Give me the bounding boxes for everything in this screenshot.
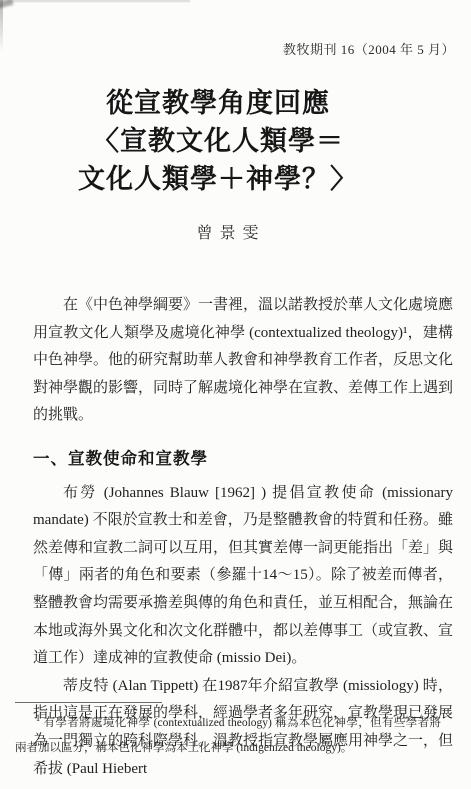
scan-edge-top	[0, 0, 190, 2]
scanned-journal-page: 教牧期刊 16（2004 年 5 月） 從宣教學角度回應 〈宣教文化人類學＝ 文…	[0, 0, 471, 789]
article-title-line-3: 文化人類學＋神學？〉	[0, 160, 436, 198]
scan-edge-left	[0, 0, 3, 52]
article-title: 從宣教學角度回應 〈宣教文化人類學＝ 文化人類學＋神學？〉	[0, 84, 436, 198]
intro-paragraph: 在《中色神學綱要》一書裡，溫以諾教授於華人文化處境應用宣教文化人類學及處境化神學…	[33, 292, 453, 430]
section-heading: 一、宣教使命和宣教學	[33, 445, 453, 473]
footnote-marker: 1	[36, 713, 41, 723]
author-name: 曾景雯	[0, 220, 462, 243]
journal-header: 教牧期刊 16（2004 年 5 月）	[283, 39, 455, 58]
body-paragraph-1: 布勞 (Johannes Blauw [1962] ) 提倡宣教使命 (miss…	[33, 480, 453, 673]
footnote-text: 有學者將處境化神學 (contextualized theology) 稱為本色…	[15, 717, 441, 754]
footnote-separator	[15, 702, 162, 703]
article-title-line-1: 從宣教學角度回應	[0, 84, 436, 122]
article-title-line-2: 〈宣教文化人類學＝	[0, 122, 436, 160]
footnote-block: 1有學者將處境化神學 (contextualized theology) 稱為本…	[15, 702, 441, 761]
footnote-item: 1有學者將處境化神學 (contextualized theology) 稱為本…	[15, 711, 441, 761]
